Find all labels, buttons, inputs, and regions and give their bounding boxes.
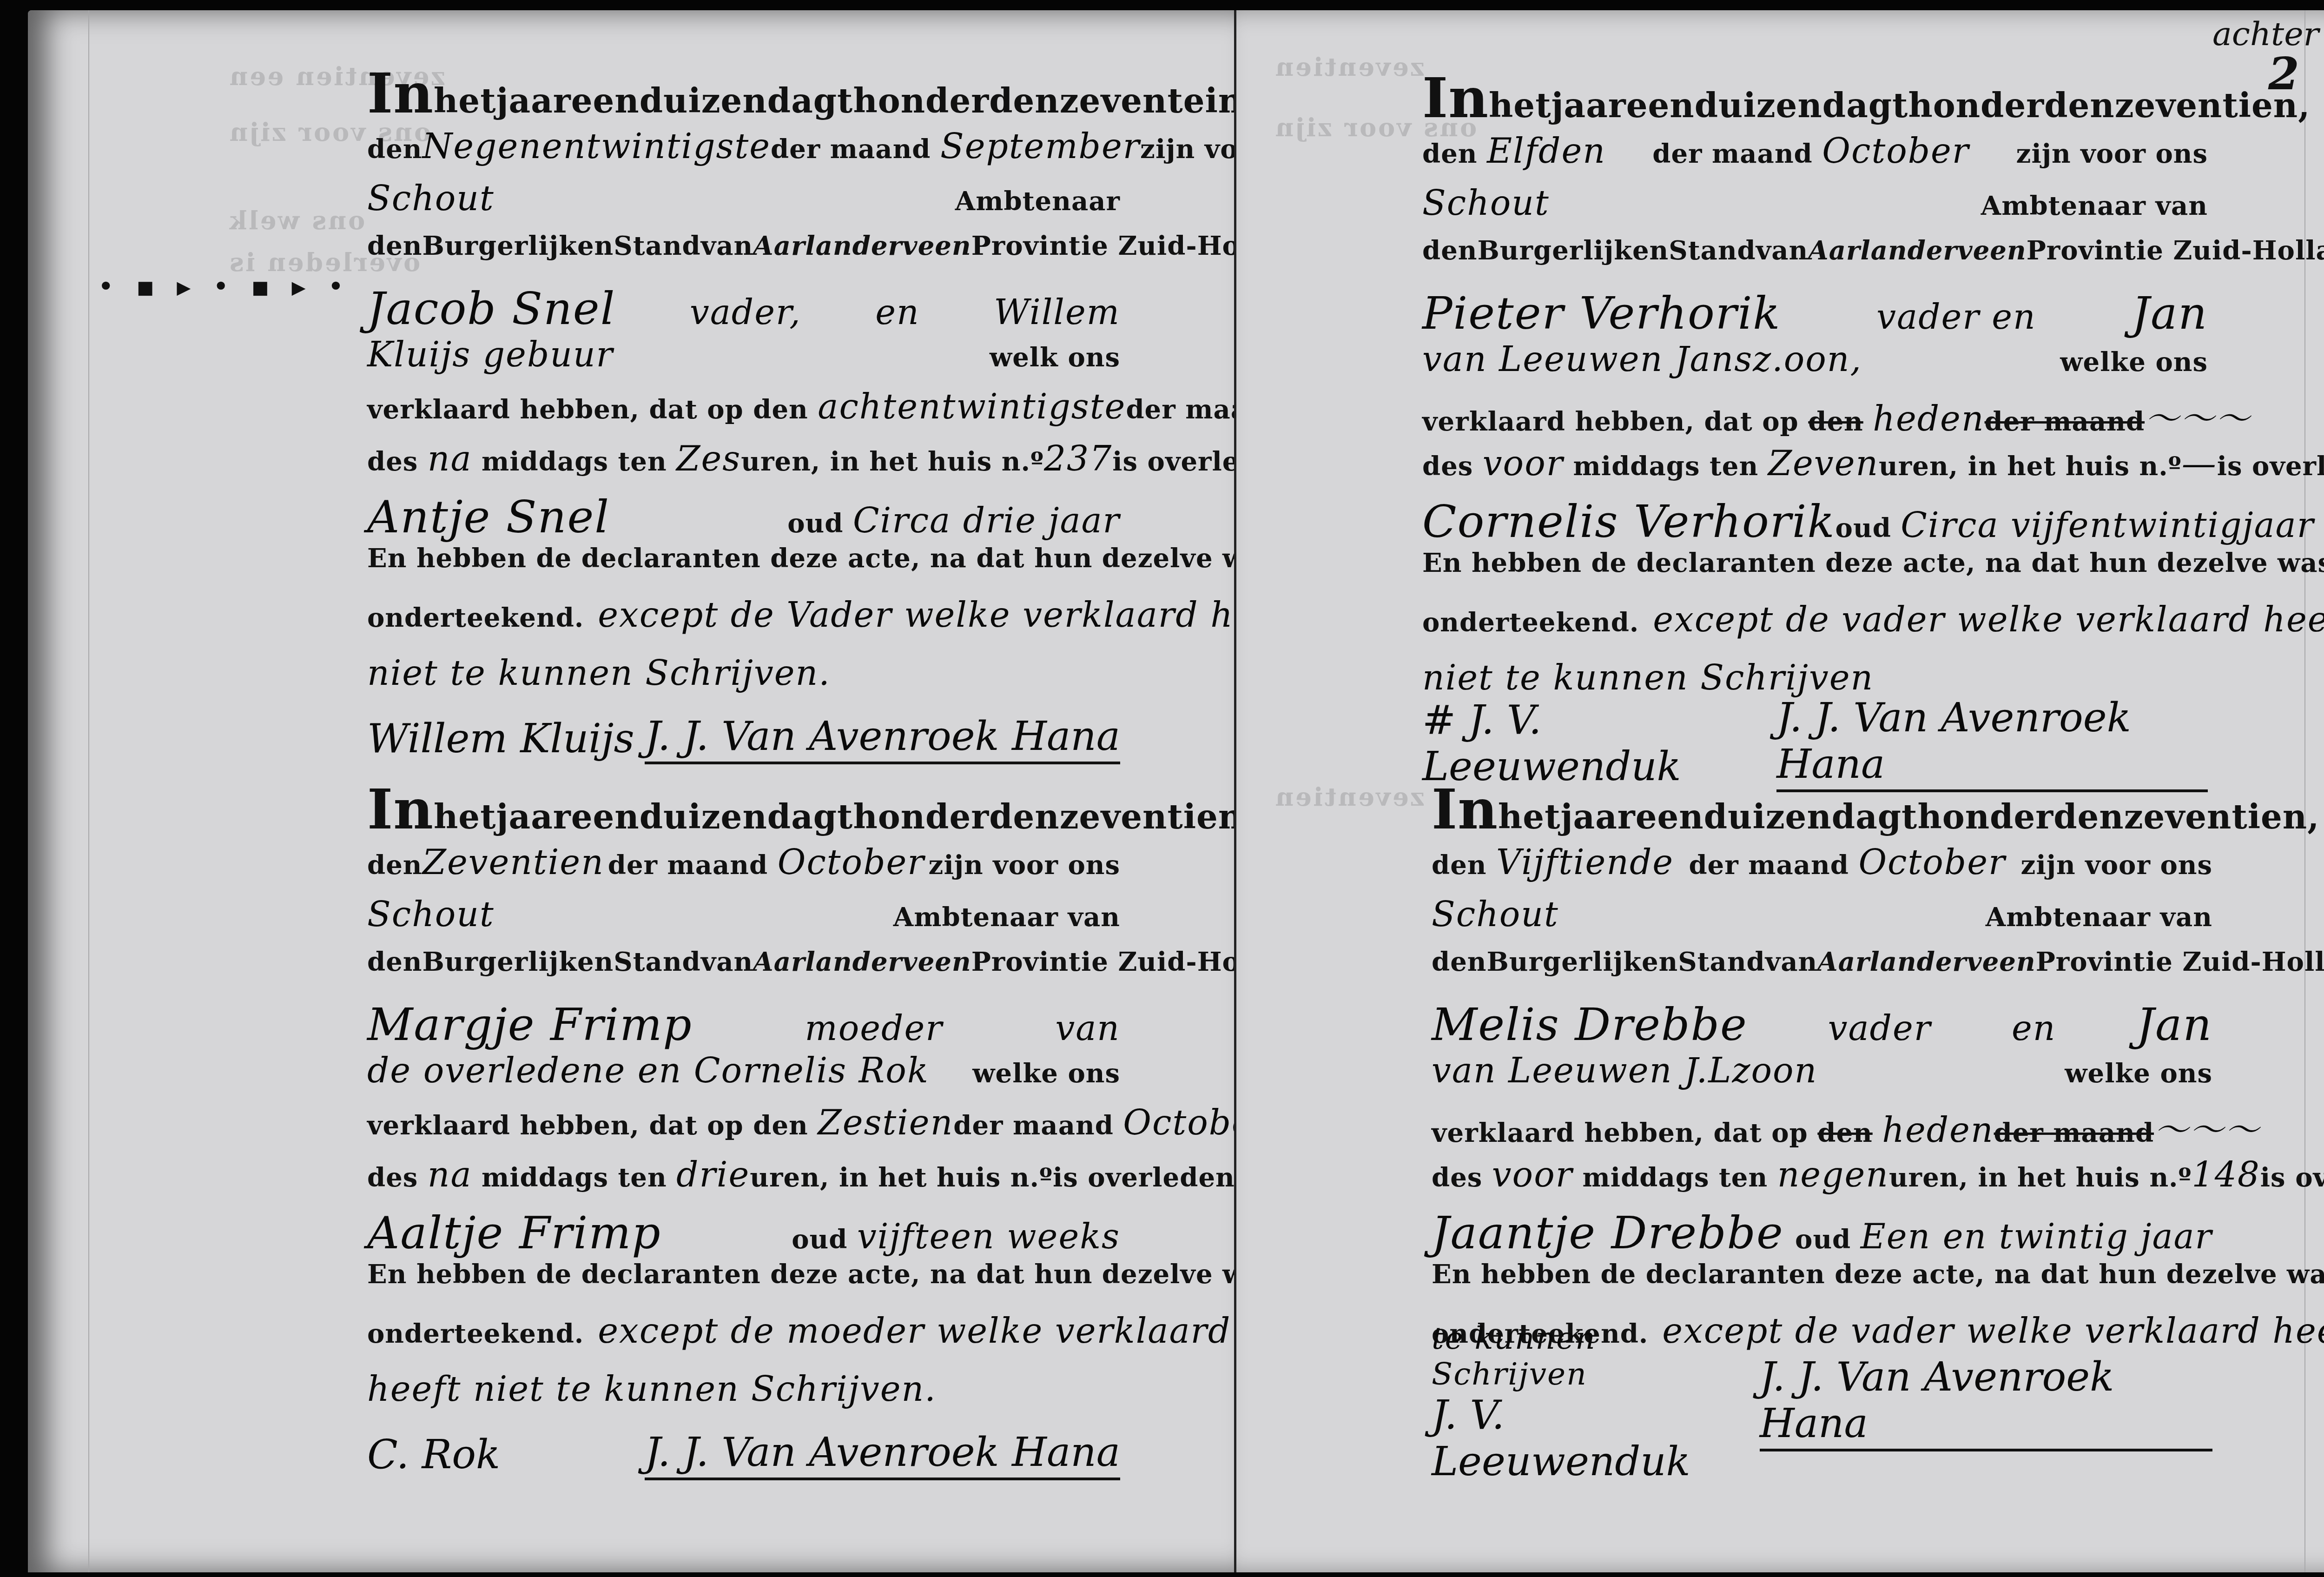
- time-place-line: des na middags ten Zes uren, in het huis…: [367, 439, 1120, 491]
- death-act-3: In het jaar een duizend agt honderd en z…: [367, 782, 1120, 1490]
- right-page: zeventien ons voor zijn zeventien achter…: [1236, 10, 2324, 1572]
- date-line: denZeventien der maand October zijn voor…: [367, 842, 1120, 895]
- death-date-line: verklaard hebben, dat op den Zestien der…: [367, 1103, 1120, 1155]
- municipality: Aarlanderveen: [753, 231, 971, 261]
- signatures: Willem Kluijs J. J. Van Avenroek Hana: [367, 704, 1120, 774]
- date-line: denNegenentwintigste der maand September…: [367, 126, 1120, 179]
- registry-line: den Burgerlijken Stand van Aarlanderveen…: [1432, 947, 2212, 999]
- official-title: Schout: [367, 895, 495, 934]
- declarants-line-1: Melis Drebbe vader en Jan: [1432, 999, 2212, 1051]
- signature-official: J. J. Van Avenroek Hana: [1776, 695, 2208, 792]
- declarant-name: Margje Frimp: [367, 999, 693, 1051]
- death-date-line: verklaard hebben, dat op den heden der m…: [1432, 1103, 2212, 1155]
- official-line: Schout Ambtenaar van: [1422, 183, 2208, 235]
- act-heading: In het jaar een duizend agt honderd en z…: [1422, 71, 2208, 131]
- death-day: achtentwintigste: [818, 387, 1126, 427]
- remark-line-1: onderteekend. except de moeder welke ver…: [367, 1311, 1120, 1363]
- registration-day: Negenentwintigste: [423, 126, 771, 166]
- deceased-age: Een en twintig jaar: [1861, 1217, 2212, 1257]
- signatures: C. Rok J. J. Van Avenroek Hana: [367, 1420, 1120, 1490]
- death-day: heden: [1882, 1110, 1994, 1150]
- signature-witness: # J. V. Leeuwenduk: [1422, 697, 1776, 790]
- death-month: October: [1123, 1103, 1236, 1143]
- act-heading: In het jaar een duizend agt honderd en z…: [367, 66, 1120, 126]
- time-place-line: des voor middags ten Zeven uren, in het …: [1422, 444, 2208, 496]
- signatures: te kunnen Schrijven J. V. Leeuwenduk J. …: [1432, 1368, 2212, 1438]
- ink-blots: • ▪ ▸ • ▪ ▸ •: [98, 271, 350, 303]
- closing-line: En hebben de declaranten deze acte, na d…: [367, 543, 1120, 595]
- time-place-line: des na middags ten drie uren, in het hui…: [367, 1155, 1120, 1207]
- remark-line-1: onderteekend. except de vader welke verk…: [1422, 600, 2208, 652]
- signature-witness: Willem Kluijs: [367, 716, 634, 762]
- death-hour: Zes: [676, 439, 741, 479]
- death-act-2: In het jaar een duizend agt honderd en z…: [1422, 71, 2208, 778]
- registry-line: den Burgerlijken Stand van Aarlanderveen…: [367, 947, 1120, 999]
- closing-line: En hebben de declaranten deze acte, na d…: [1422, 548, 2208, 600]
- official-line: Schout Ambtenaar van: [367, 895, 1120, 947]
- declarants-line-2: Kluijs gebuur welk ons: [367, 335, 1120, 387]
- registry-line: den Burgerlijken Stand van Aarlanderveen…: [367, 231, 1120, 283]
- death-hour: drie: [676, 1155, 750, 1195]
- signature-witness: C. Rok: [367, 1431, 500, 1478]
- declarants-line-1: Jacob Snel vader, en Willem: [367, 283, 1120, 335]
- bleed-through-text: zeventien: [1274, 782, 1425, 812]
- declarants-line-2: van Leeuwen Jansz.oon, welke ons: [1422, 339, 2208, 391]
- registration-month: October: [1858, 842, 2006, 882]
- death-date-line: verklaard hebben, dat op den heden der m…: [1422, 391, 2208, 444]
- signature-official: J. J. Van Avenroek Hana: [645, 1429, 1120, 1480]
- time-place-line: des voor middags ten negen uren, in het …: [1432, 1155, 2212, 1207]
- deceased-line: Cornelis Verhorik oud Circa vijfentwinti…: [1422, 496, 2208, 548]
- declarants-line-2: de overledene en Cornelis Rok welke ons: [367, 1051, 1120, 1103]
- official-title: Schout: [367, 179, 495, 219]
- house-number: 148: [2192, 1155, 2260, 1195]
- book-spread: zeventien een ons voor zijn ons welk ove…: [0, 0, 2324, 1577]
- house-number: —: [2182, 444, 2217, 484]
- declarants-line-1: Margje Frimp moeder van: [367, 999, 1120, 1051]
- declarant-name: Pieter Verhorik: [1422, 287, 1781, 339]
- death-day: Zestien: [818, 1103, 953, 1143]
- closing-line: En hebben de declaranten deze acte, na d…: [367, 1259, 1120, 1311]
- bleed-through-text: zeventien: [1274, 52, 1425, 82]
- municipality: Aarlanderveen: [1817, 947, 2035, 977]
- filler-stroke: 〜〜〜: [2154, 1103, 2260, 1152]
- registration-day: Zeventien: [423, 842, 604, 882]
- deceased-name: Cornelis Verhorik: [1422, 496, 1835, 548]
- signature-official: J. J. Van Avenroek Hana: [1760, 1354, 2212, 1451]
- death-hour: Zeven: [1768, 444, 1879, 484]
- deceased-age: vijfteen weeks: [857, 1217, 1120, 1257]
- deceased-line: Aaltje Frimp oud vijfteen weeks: [367, 1207, 1120, 1259]
- declarants-line-2: van Leeuwen J.Lzoon welke ons: [1432, 1051, 2212, 1103]
- deceased-line: Jaantje Drebbe oud Een en twintig jaar: [1432, 1207, 2212, 1259]
- registration-month: October: [1822, 131, 1969, 171]
- official-line: Schout Ambtenaar: [367, 179, 1120, 231]
- signature-witness: J. V. Leeuwenduk: [1432, 1392, 1690, 1485]
- death-act-1: In het jaar een duizend agt honderd en z…: [367, 66, 1120, 774]
- death-day: heden: [1873, 399, 1984, 439]
- act-heading: In het jaar een duizend agt honderd en z…: [1432, 782, 2212, 842]
- declarants-line-1: Pieter Verhorik vader en Jan: [1422, 287, 2208, 339]
- filler-stroke: 〜〜〜: [2145, 391, 2251, 441]
- official-line: Schout Ambtenaar van: [1432, 895, 2212, 947]
- deceased-age: Circa drie jaar: [853, 501, 1120, 541]
- death-date-line: verklaard hebben, dat op den achtentwint…: [367, 387, 1120, 439]
- official-title: Schout: [1422, 183, 1550, 223]
- act-heading: In het jaar een duizend agt honderd en z…: [367, 782, 1120, 842]
- remark-line-1: onderteekend. except de Vader welke verk…: [367, 595, 1120, 647]
- date-line: den Elfden der maand October zijn voor o…: [1422, 131, 2208, 183]
- registration-month: September: [940, 126, 1140, 166]
- signature-official: J. J. Van Avenroek Hana: [645, 713, 1120, 764]
- death-act-4: In het jaar een duizend agt honderd en z…: [1432, 782, 2212, 1438]
- municipality: Aarlanderveen: [753, 947, 971, 977]
- registration-day: Vijftiende: [1496, 842, 1674, 882]
- registration-day: Elfden: [1487, 131, 1606, 171]
- municipality: Aarlanderveen: [1808, 235, 2026, 266]
- declarant-name: Melis Drebbe: [1432, 999, 1748, 1051]
- date-line: den Vijftiende der maand October zijn vo…: [1432, 842, 2212, 895]
- closing-line: En hebben de declaranten deze acte, na d…: [1432, 1259, 2212, 1311]
- deceased-name: Aaltje Frimp: [367, 1207, 661, 1259]
- deceased-name: Antje Snel: [367, 491, 610, 543]
- deceased-age: Circa vijfentwintigjaar: [1901, 505, 2314, 545]
- registry-line: den Burgerlijken Stand van Aarlanderveen…: [1422, 235, 2208, 287]
- remark-line-2: heeft niet te kunnen Schrijven.: [367, 1363, 1120, 1415]
- remark-line-2: niet te kunnen Schrijven.: [367, 647, 1120, 699]
- house-number: 237: [1044, 439, 1112, 479]
- left-page: zeventien een ons voor zijn ons welk ove…: [28, 10, 1236, 1572]
- bleed-through-text: ons welk: [228, 205, 365, 235]
- death-hour: negen: [1777, 1155, 1889, 1195]
- official-title: Schout: [1432, 895, 1559, 934]
- margin-rule: [88, 10, 89, 1572]
- registration-month: October: [778, 842, 925, 882]
- deceased-line: Antje Snel oud Circa drie jaar: [367, 491, 1120, 543]
- page-note: achter: [2212, 15, 2319, 53]
- declarant-name: Jacob Snel: [367, 283, 615, 335]
- deceased-name: Jaantje Drebbe: [1432, 1207, 1784, 1259]
- signatures: # J. V. Leeuwenduk J. J. Van Avenroek Ha…: [1422, 709, 2208, 778]
